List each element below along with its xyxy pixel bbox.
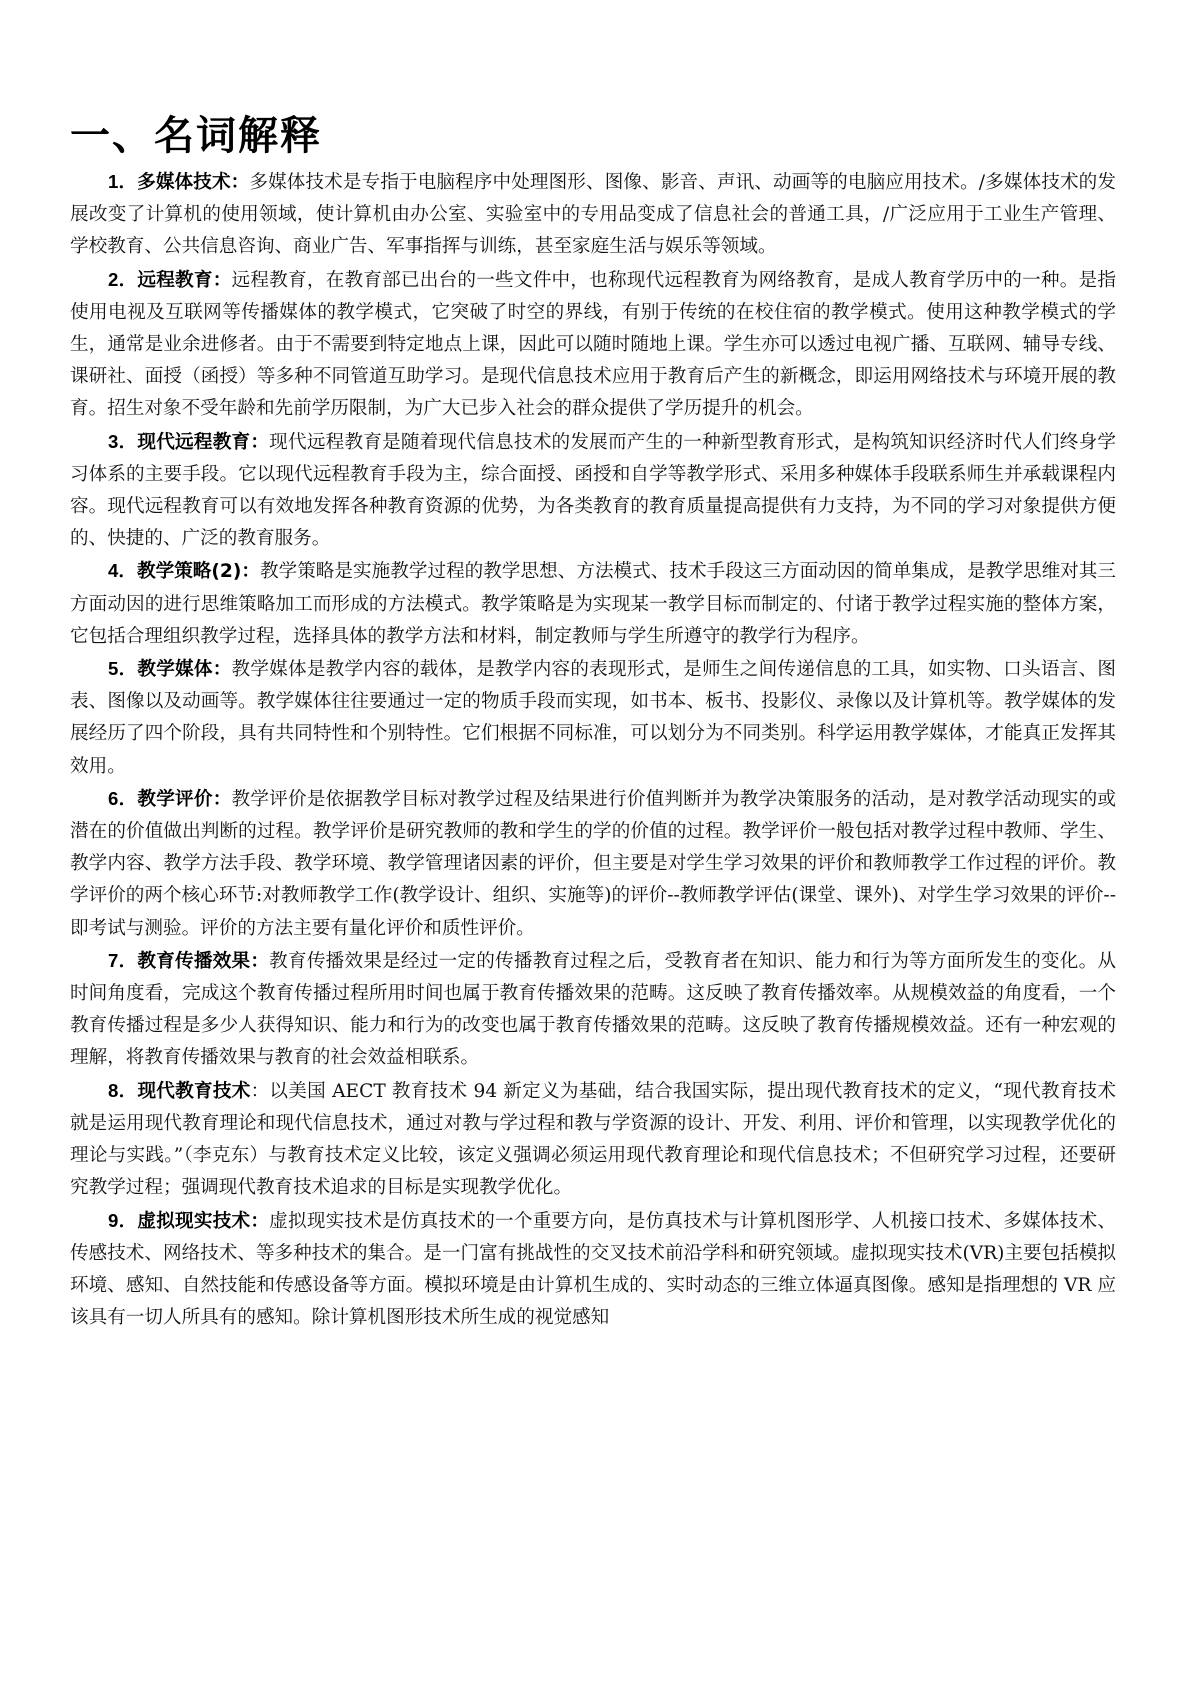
entry-teaching-strategy: 4．教学策略(2)：教学策略是实施教学过程的教学思想、方法模式、技术手段这三方面…: [70, 555, 1116, 653]
entry-term: 多媒体技术：: [137, 172, 249, 193]
entry-term: 虚拟现实技术：: [137, 1211, 269, 1232]
entry-term: 教学策略(2)：: [137, 561, 260, 582]
entry-number: 5．: [108, 658, 137, 679]
entry-number: 7．: [108, 950, 137, 971]
entry-number: 2．: [108, 269, 137, 290]
entry-modern-education-technology: 8．现代教育技术：以美国 AECT 教育技术 94 新定义为基础，结合我国实际，…: [70, 1075, 1116, 1205]
entry-term: 远程教育：: [137, 270, 231, 291]
entry-number: 1．: [108, 171, 137, 192]
entry-text: 教学评价是依据教学目标对教学过程及结果进行价值判断并为教学决策服务的活动，是对教…: [70, 789, 1116, 939]
entry-teaching-media: 5．教学媒体：教学媒体是教学内容的载体，是教学内容的表现形式，是师生之间传递信息…: [70, 653, 1116, 783]
section-title: 一、名词解释: [70, 108, 1116, 164]
entry-term: 教学评价：: [137, 789, 231, 810]
entry-term: 教育传播效果：: [137, 951, 269, 972]
entry-number: 6．: [108, 788, 137, 809]
entry-number: 8．: [108, 1080, 137, 1101]
entry-modern-distance-education: 3．现代远程教育：现代远程教育是随着现代信息技术的发展而产生的一种新型教育形式，…: [70, 426, 1116, 556]
entry-number: 4．: [108, 560, 137, 581]
entry-education-communication-effect: 7．教育传播效果：教育传播效果是经过一定的传播教育过程之后，受教育者在知识、能力…: [70, 945, 1116, 1075]
entry-multimedia-technology: 1．多媒体技术：多媒体技术是专指于电脑程序中处理图形、图像、影音、声讯、动画等的…: [70, 166, 1116, 264]
entry-number: 9．: [108, 1210, 137, 1231]
entry-distance-education: 2．远程教育：远程教育，在教育部已出台的一些文件中，也称现代远程教育为网络教育，…: [70, 264, 1116, 426]
document-page: 一、名词解释 1．多媒体技术：多媒体技术是专指于电脑程序中处理图形、图像、影音、…: [70, 108, 1116, 1334]
entry-term: 教学媒体：: [137, 659, 231, 680]
entry-text: 远程教育，在教育部已出台的一些文件中，也称现代远程教育为网络教育，是成人教育学历…: [70, 270, 1116, 420]
entry-term: 现代教育技术: [137, 1081, 250, 1102]
entry-teaching-evaluation: 6．教学评价：教学评价是依据教学目标对教学过程及结果进行价值判断并为教学决策服务…: [70, 783, 1116, 945]
entry-virtual-reality-technology: 9．虚拟现实技术：虚拟现实技术是仿真技术的一个重要方向，是仿真技术与计算机图形学…: [70, 1205, 1116, 1335]
entry-number: 3．: [108, 431, 137, 452]
entry-term: 现代远程教育：: [137, 432, 269, 453]
